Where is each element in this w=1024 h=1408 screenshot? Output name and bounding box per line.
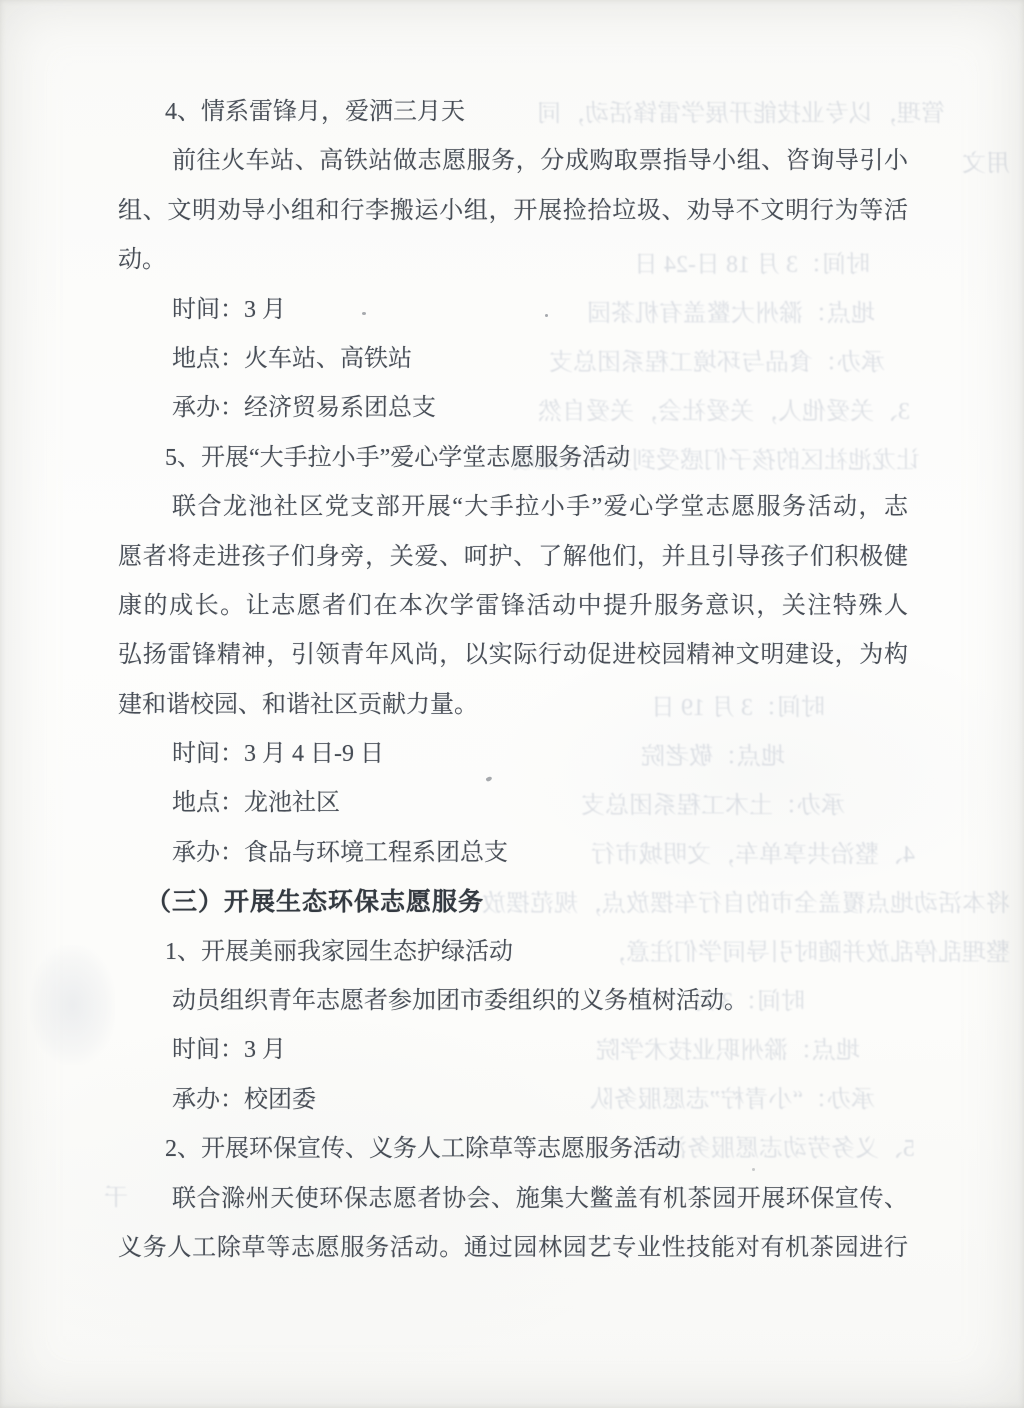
document-text-block: 4、情系雷锋月，爱洒三月天前往火车站、高铁站做志愿服务，分成购取票指导小组、咨询…	[118, 88, 908, 1273]
text-line: 建和谐校园、和谐社区贡献力量。	[118, 681, 908, 730]
text-line: 弘扬雷锋精神，引领青年风尚，以实际行动促进校园精神文明建设，为构	[118, 631, 908, 680]
text-line: 地点：龙池社区	[118, 779, 908, 828]
text-line: 地点：火车站、高铁站	[118, 335, 908, 384]
text-line: 愿者将走进孩子们身旁，关爱、呵护、了解他们，并且引导孩子们积极健	[118, 533, 908, 582]
text-line: 4、情系雷锋月，爱洒三月天	[118, 88, 908, 137]
text-line: 时间：3 月	[118, 1026, 908, 1075]
text-line: 义务人工除草等志愿服务活动。通过园林园艺专业性技能对有机茶园进行	[118, 1224, 908, 1273]
text-line: 联合滁州天使环保志愿者协会、施集大鳖盖有机茶园开展环保宣传、	[118, 1175, 908, 1224]
text-line: 1、开展美丽我家园生态护绿活动	[118, 928, 908, 977]
text-line: 承办：食品与环境工程系团总支	[118, 829, 908, 878]
text-line: 动员组织青年志愿者参加团市委组织的义务植树活动。	[118, 977, 908, 1026]
text-line: 联合龙池社区党支部开展“大手拉小手”爱心学堂志愿服务活动，志	[118, 483, 908, 532]
text-line: 前往火车站、高铁站做志愿服务，分成购取票指导小组、咨询导引小	[118, 137, 908, 186]
text-line: 动。	[118, 236, 908, 285]
text-line: 组、文明劝导小组和行李搬运小组，开展捡拾垃圾、劝导不文明行为等活	[118, 187, 908, 236]
bleedthrough-text: 用文	[930, 150, 1010, 178]
scan-smudge-artifact	[30, 945, 115, 1065]
section-heading: （三）开展生态环保志愿服务	[118, 878, 908, 927]
text-line: 康的成长。让志愿者们在本次学雷锋活动中提升服务意识，关注特殊人群，	[118, 582, 908, 631]
text-line: 承办：经济贸易系团总支	[118, 384, 908, 433]
text-line: 承办：校团委	[118, 1076, 908, 1125]
text-line: 5、开展“大手拉小手”爱心学堂志愿服务活动	[118, 434, 908, 483]
document-page: 管理，以专业技能开展学雷锋活动，同用文时间：3 月 18 日-24 日地点：滁州…	[0, 0, 1024, 1408]
text-line: 时间：3 月	[118, 286, 908, 335]
text-line: 2、开展环保宣传、义务人工除草等志愿服务活动	[118, 1125, 908, 1174]
text-line: 时间：3 月 4 日-9 日	[118, 730, 908, 779]
